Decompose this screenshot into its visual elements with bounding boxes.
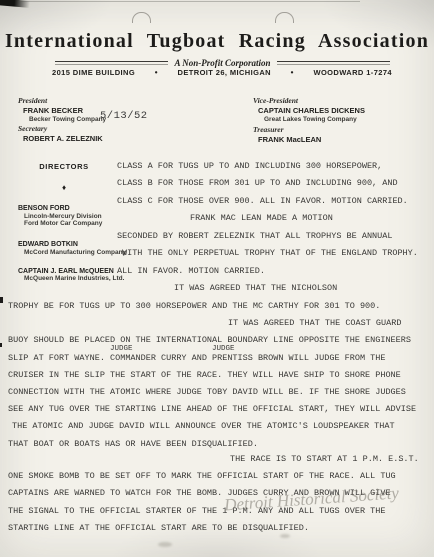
subtitle-rule: A Non-Profit Corporation [55,58,390,68]
body-line: TROPHY BE FOR TUGS UP TO 300 HORSEPOWER … [8,301,380,311]
treasurer-label: Treasurer [253,125,321,134]
body-line: CONNECTION WITH THE ATOMIC WHERE JUDGE T… [8,387,406,397]
director-company: McCord Manufacturing Company [24,249,112,256]
interlinear-judge-annotation: JUDGE [110,345,133,353]
scan-edge-line [20,1,360,2]
address-phone: WOODWARD 1-7274 [313,68,392,77]
organization-title: International Tugboat Racing Association [0,30,434,53]
scanned-letter-page: International Tugboat Racing Association… [0,0,434,557]
interlinear-judge-annotation: JUDGE [212,345,235,353]
officer-president: President FRANK BECKER Becker Towing Com… [18,96,106,123]
director-entry: BENSON FORD Lincoln-Mercury Division For… [16,205,112,227]
body-line: FRANK MAC LEAN MADE A MOTION [190,213,333,223]
diamond-marker-icon: ♦ [16,183,112,192]
body-line: THE RACE IS TO START AT 1 P.M. E.S.T. [230,454,419,464]
bullet-separator: • [155,68,158,77]
body-line: THAT BOAT OR BOATS HAS OR HAVE BEEN DISQ… [8,439,258,449]
body-line: SECONDED BY ROBERT ZELEZNIK THAT ALL TRO… [117,231,392,241]
vice-president-name: CAPTAIN CHARLES DICKENS [258,106,365,115]
secretary-label: Secretary [18,124,103,133]
address-city: DETROIT 26, MICHIGAN [178,68,271,77]
vice-president-label: Vice-President [253,96,365,105]
body-line: BUOY SHOULD BE PLACED ON THE INTERNATION… [8,335,411,345]
rule-right [277,61,390,65]
body-line: CLASS B FOR THOSE FROM 301 UP TO AND INC… [117,178,398,188]
bullet-separator: • [291,68,294,77]
directors-sidebar: DIRECTORS ♦ BENSON FORD Lincoln-Mercury … [16,162,112,282]
body-line: ALL IN FAVOR. MOTION CARRIED. [117,266,265,276]
director-name: BENSON FORD [18,205,112,212]
address-building: 2015 DIME BUILDING [52,68,135,77]
punch-hole-mark [275,12,294,23]
body-line: CLASS A FOR TUGS UP TO AND INCLUDING 300… [117,161,382,171]
officer-vice-president: Vice-President CAPTAIN CHARLES DICKENS G… [253,96,365,123]
director-entry: CAPTAIN J. EARL McQUEEN McQueen Marine I… [16,268,112,283]
vice-president-company: Great Lakes Towing Company [264,116,365,123]
director-company: Ford Motor Car Company [24,220,112,227]
president-label: President [18,96,106,105]
punch-hole-mark [132,12,151,23]
secretary-name: ROBERT A. ZELEZNIK [23,134,103,143]
body-line: STARTING LINE AT THE OFFICIAL START ARE … [8,523,309,533]
non-profit-subtitle: A Non-Profit Corporation [168,58,276,68]
officer-secretary: Secretary ROBERT A. ZELEZNIK [18,124,103,143]
officer-treasurer: Treasurer FRANK MacLEAN [253,125,321,144]
president-company: Becker Towing Company [29,116,106,123]
letter-date: 5/13/52 [100,110,148,122]
scan-smudge [158,542,172,547]
director-company: Lincoln-Mercury Division [24,213,112,220]
director-company: McQueen Marine Industries, Ltd. [24,275,112,282]
body-line: IT WAS AGREED THAT THE NICHOLSON [174,283,337,293]
body-line: ONE SMOKE BOMB TO BE SET OFF TO MARK THE… [8,471,396,481]
body-line: IT WAS AGREED THAT THE COAST GUARD [228,318,401,328]
scan-smudge [280,534,290,538]
body-line: SLIP AT FORT WAYNE. COMMANDER CURRY AND … [8,353,385,363]
directors-heading: DIRECTORS [16,162,112,171]
scan-speck [0,343,2,347]
address-row: 2015 DIME BUILDING • DETROIT 26, MICHIGA… [52,68,392,77]
director-name: CAPTAIN J. EARL McQUEEN [18,268,112,275]
body-line: SEE ANY TUG OVER THE STARTING LINE AHEAD… [8,404,416,414]
president-name: FRANK BECKER [23,106,106,115]
treasurer-name: FRANK MacLEAN [258,135,321,144]
body-line: CRUISER IN THE SLIP THE START OF THE RAC… [8,370,401,380]
body-line: THE ATOMIC AND JUDGE DAVID WILL ANNOUNCE… [12,421,395,431]
scan-speck [0,297,3,303]
director-entry: EDWARD BOTKIN McCord Manufacturing Compa… [16,241,112,256]
body-line: CLASS C FOR THOSE OVER 900. ALL IN FAVOR… [117,196,408,206]
rule-left [55,61,168,65]
body-line: WITH THE ONLY PERPETUAL TROPHY THAT OF T… [122,248,418,258]
director-name: EDWARD BOTKIN [18,241,112,248]
